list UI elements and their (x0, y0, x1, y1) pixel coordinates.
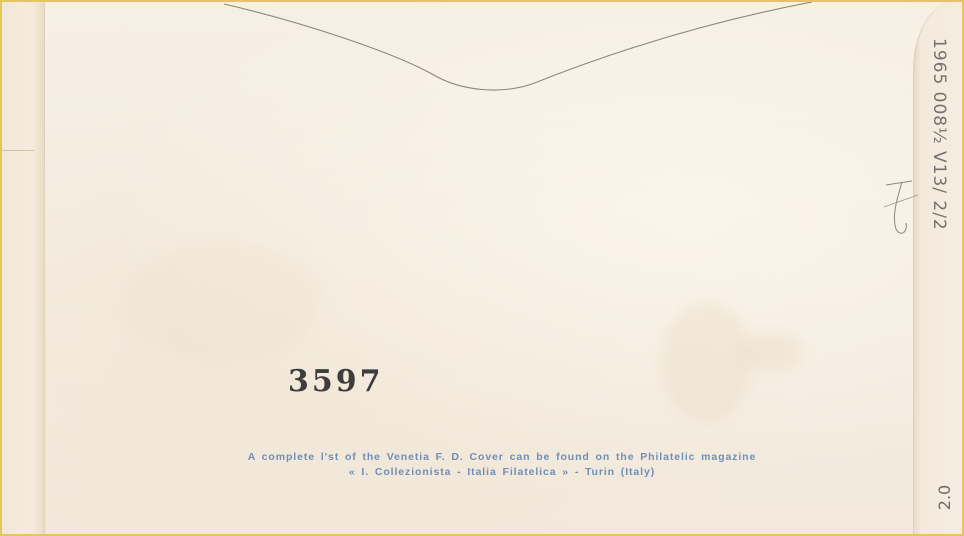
envelope-scan: 3597 A complete l'st of the Venetia F. D… (0, 0, 964, 536)
left-side-flap (2, 2, 45, 534)
paper-stain (742, 332, 802, 372)
pencil-signature-mark (882, 177, 922, 247)
pencil-note-vertical: 1965 008½ V13/ 2/2 (929, 38, 949, 231)
imprint-line-2: « I. Collezionista - Italia Filatelica »… (182, 465, 822, 480)
paper-stain (122, 242, 322, 362)
publisher-imprint: A complete l'st of the Venetia F. D. Cov… (182, 450, 822, 480)
imprint-line-1: A complete l'st of the Venetia F. D. Cov… (182, 450, 822, 465)
pencil-note-bottom: 2.0 (935, 485, 954, 510)
paper-stain (662, 302, 752, 422)
top-flap-edge (2, 2, 964, 102)
serial-number: 3597 (288, 364, 384, 399)
fold-mark (2, 150, 34, 151)
